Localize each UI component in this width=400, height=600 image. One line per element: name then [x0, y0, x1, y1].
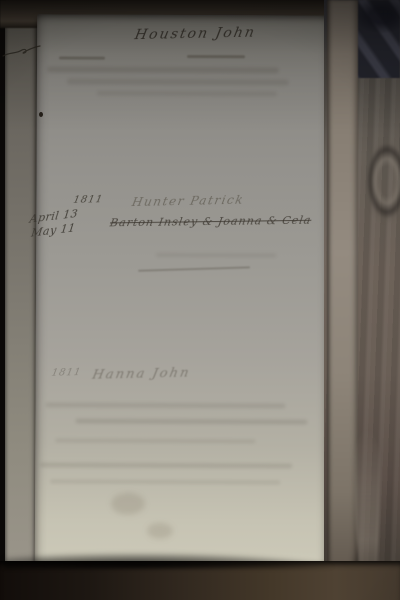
book-page-fore-edges — [5, 8, 38, 570]
lower-entry-year: 1811 — [51, 367, 83, 379]
entry-name: Hunter Patrick — [131, 193, 246, 209]
struck-entry-text: Barton Insley & Joanna & Cela — [109, 214, 312, 230]
ink-bleedthrough-line — [156, 253, 276, 258]
ink-bleedthrough-line — [45, 402, 285, 408]
page-stain — [147, 523, 173, 539]
fabric-fold-highlight — [327, 0, 358, 600]
ink-bleedthrough-line — [75, 419, 307, 425]
ink-bleedthrough-line — [59, 56, 105, 59]
margin-pen-flourish — [2, 42, 44, 62]
fabric-drape — [324, 0, 400, 600]
ink-bleedthrough-line — [50, 479, 280, 484]
ink-bleedthrough-line — [97, 91, 277, 97]
ink-bleedthrough-line — [47, 66, 279, 73]
ink-bleedthrough-line — [187, 55, 245, 58]
lower-entry-name: Hanna John — [91, 366, 192, 383]
ink-bleedthrough-line — [67, 78, 289, 85]
page-stain — [111, 493, 145, 515]
page-bottom-shadow — [4, 552, 336, 568]
ink-bleedthrough-line — [40, 462, 292, 468]
entry-dates: April 13 May 11 — [29, 207, 81, 241]
ledger-page: Houston John 1811 Hunter Patrick April 1… — [35, 14, 331, 565]
ink-bleedthrough-line — [138, 266, 250, 271]
ink-bleedthrough-line — [55, 438, 255, 443]
page-header-name: Houston John — [133, 25, 257, 44]
ledger-photo: Houston John 1811 Hunter Patrick April 1… — [0, 0, 400, 600]
entry-year: 1811 — [72, 194, 104, 206]
binding-stitch-dot — [39, 112, 43, 117]
